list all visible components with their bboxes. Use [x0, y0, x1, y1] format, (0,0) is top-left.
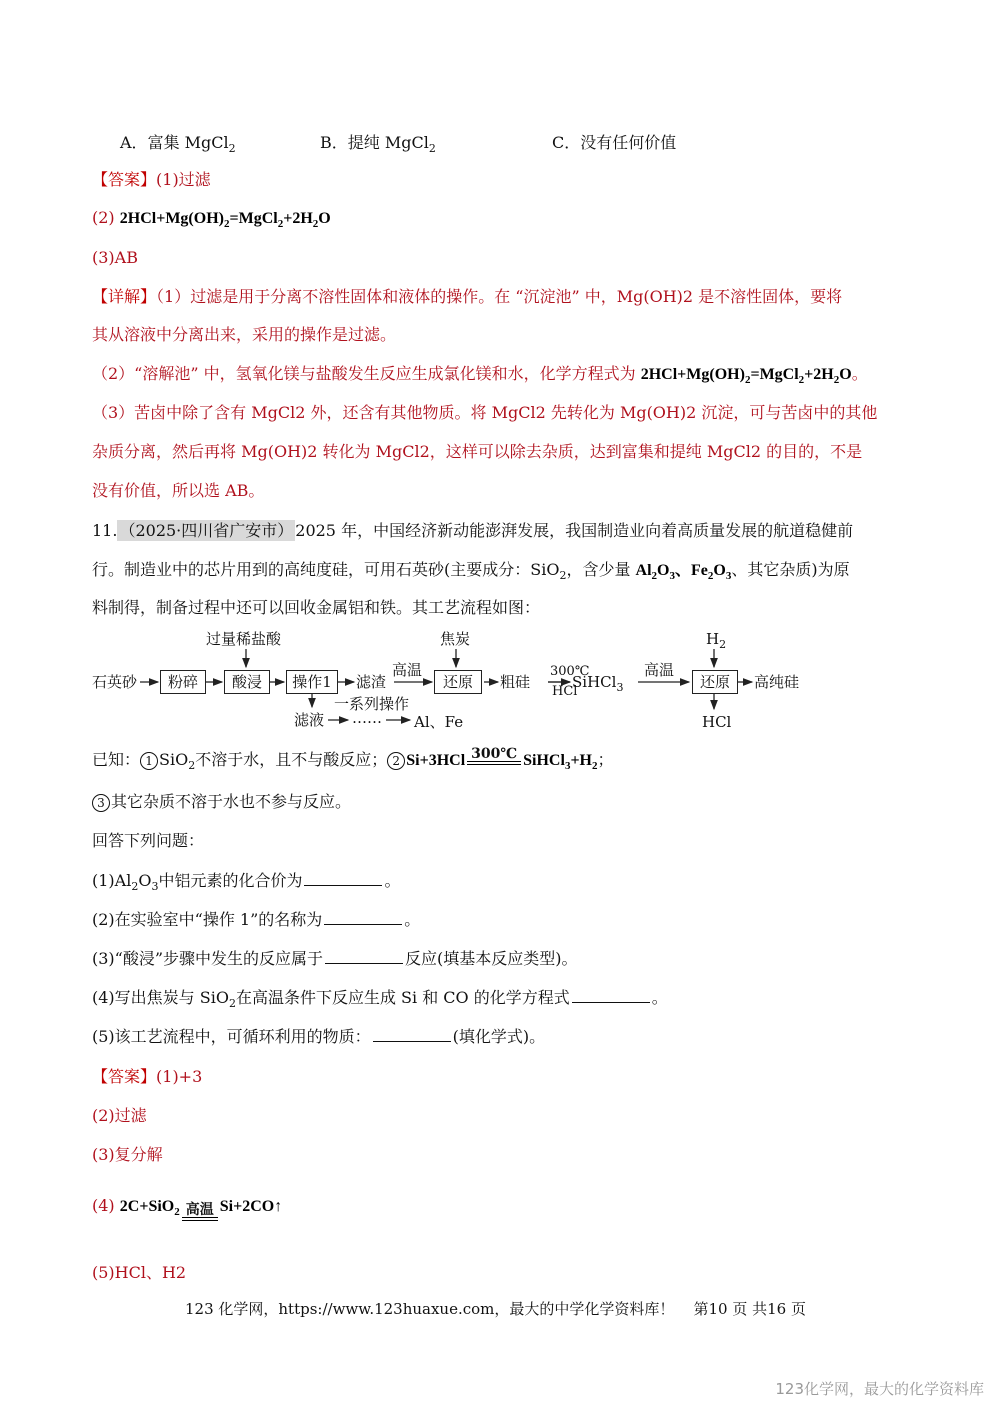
flow-start-quartz-sand: 石英砂	[92, 673, 137, 691]
flow-metals: Al、Fe	[414, 713, 463, 731]
circled-3-icon: 3	[92, 794, 110, 812]
question-11-line1: 11.（2025·四川省广安市）2025 年，中国经济新动能澎湃发展，我国制造业…	[92, 521, 853, 541]
flow-box-reduce-2: 还原	[692, 670, 738, 694]
process-flow-diagram: 石英砂 粉碎 过量稀盐酸 酸浸 操作1 滤渣 高温 焦炭 还原 粗硅 300℃ …	[92, 625, 792, 735]
detail-tag: 【详解】	[92, 287, 156, 306]
flow-byproduct-hcl: HCl	[702, 713, 731, 731]
question-11-line2: 行。制造业中的芯片用到的高纯度硅，可用石英砂(主要成分：SiO2，含少量 Al2…	[92, 560, 850, 581]
known-line1: 已知：1SiO2不溶于水，且不与酸反应；2Si+3HCl300℃SiHCl3+H…	[92, 747, 614, 771]
flow-reagent-h2: H2	[706, 630, 726, 648]
flow-box-acid-leach: 酸浸	[224, 670, 270, 694]
answer-line-1: 【答案】(1)过滤	[92, 170, 211, 190]
q11-answer-5: (5)HCl、H2	[92, 1263, 186, 1283]
q11-answer-1: 【答案】(1)+3	[92, 1067, 202, 1087]
flow-dots: ……	[352, 709, 382, 727]
page-number: 第10 页 共16 页	[693, 1300, 805, 1318]
flow-reagent-coke: 焦炭	[440, 630, 470, 648]
subquestion-3: (3)“酸浸”步骤中发生的反应属于反应(填基本反应类型)。	[92, 949, 578, 969]
flow-residue: 滤渣	[356, 673, 386, 691]
footer-site-text: 123 化学网，https://www.123huaxue.com，最大的中学化…	[185, 1300, 674, 1318]
answer-prompt: 回答下列问题：	[92, 831, 204, 851]
answer-line-3: (3)AB	[92, 248, 138, 268]
flow-sihcl3: SiHCl3	[572, 673, 623, 691]
question-number: 11.	[92, 521, 117, 540]
detail-p1-line1: 【详解】（1）过滤是用于分离不溶性固体和液体的操作。在 “沉淀池” 中，Mg(O…	[92, 287, 842, 307]
subquestion-4: (4)写出焦炭与 SiO2在高温条件下反应生成 Si 和 CO 的化学方程式。	[92, 988, 668, 1008]
detail-p3-line1: （3）苦卤中除了含有 MgCl2 外，还含有其他物质。将 MgCl2 先转化为 …	[92, 403, 877, 423]
flow-filtrate: 滤液	[294, 711, 324, 729]
blank-5[interactable]	[373, 1027, 451, 1042]
blank-1[interactable]	[304, 871, 382, 886]
answer-tag: 【答案】	[92, 1067, 156, 1086]
blank-3[interactable]	[325, 949, 403, 964]
subquestion-1: (1)Al2O3中铝元素的化合价为。	[92, 871, 401, 891]
q11-answer-2: (2)过滤	[92, 1106, 147, 1126]
answer-tag: 【答案】	[92, 170, 156, 189]
q11-answer-3: (3)复分解	[92, 1145, 163, 1165]
flow-cond-high-temp-2: 高温	[644, 661, 674, 679]
flow-box-reduce-1: 还原	[434, 670, 482, 694]
question-11-line3: 料制得，制备过程中还可以回收金属铝和铁。其工艺流程如图：	[92, 598, 540, 618]
watermark: 123化学网，最大的化学资料库	[775, 1378, 984, 1399]
known-line3: 3其它杂质不溶于水也不参与反应。	[92, 792, 351, 812]
equation: 2HCl+Mg(OH)2=MgCl2+2H2O	[120, 210, 331, 227]
flow-reagent-hcl: 过量稀盐酸	[206, 630, 281, 648]
flow-product-pure-silicon: 高纯硅	[754, 673, 799, 691]
detail-p3-line2: 杂质分离，然后再将 Mg(OH)2 转化为 MgCl2，这样可以除去杂质，达到富…	[92, 442, 862, 462]
flow-cond-high-temp-1: 高温	[392, 661, 422, 679]
option-a: A．富集 MgCl2	[120, 130, 236, 153]
subquestion-2: (2)在实验室中“操作 1”的名称为。	[92, 910, 420, 930]
q11-answer-4: (4) 2C+SiO2高温Si+2CO↑	[92, 1186, 282, 1226]
reaction-condition: 300℃	[467, 747, 521, 771]
circled-1-icon: 1	[140, 752, 158, 770]
blank-2[interactable]	[324, 910, 402, 925]
flow-box-crush: 粉碎	[160, 670, 206, 694]
option-b: B．提纯 MgCl2	[320, 130, 436, 153]
detail-p2: （2）“溶解池” 中，氢氧化镁与盐酸发生反应生成氯化镁和水，化学方程式为 2HC…	[92, 364, 868, 385]
page-footer: 123 化学网，https://www.123huaxue.com，最大的中学化…	[185, 1298, 806, 1319]
flow-box-operation1: 操作1	[286, 670, 338, 694]
flow-crude-silicon: 粗硅	[500, 673, 530, 691]
circled-2-icon: 2	[387, 752, 405, 770]
reaction-condition-high-temp: 高温	[182, 1203, 218, 1227]
answer-line-2: (2) 2HCl+Mg(OH)2=MgCl2+2H2O	[92, 208, 331, 229]
detail-p1-line2: 其从溶液中分离出来，采用的操作是过滤。	[92, 325, 396, 345]
subquestion-5: (5)该工艺流程中，可循环利用的物质：(填化学式)。	[92, 1027, 545, 1047]
detail-p3-line3: 没有价值，所以选 AB。	[92, 481, 264, 501]
question-source: （2025·四川省广安市）	[117, 520, 295, 541]
blank-4[interactable]	[572, 988, 650, 1003]
option-c: C．没有任何价值	[552, 130, 676, 153]
